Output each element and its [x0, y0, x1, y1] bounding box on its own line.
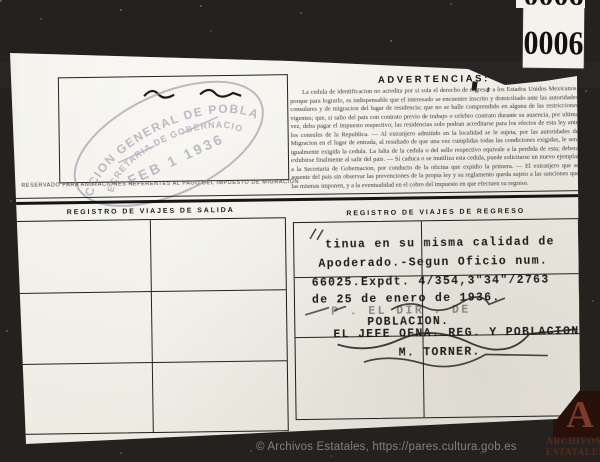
stamp-date: FEB 1 1936	[125, 130, 227, 188]
salida-table-title: REGISTRO DE VIAJES DE SALIDA	[16, 206, 286, 217]
typed-line: M. TORNER.	[399, 345, 481, 359]
scan-noise	[0, 0, 2, 2]
section-rule-thin	[14, 190, 580, 199]
scanned-document-page: A ARCHIVOS ESTATALES DIRECCION GENERAL D…	[0, 0, 600, 462]
section-rule-thick	[14, 194, 580, 205]
advertencias-body: La cedula de identificacion no acredita …	[290, 85, 579, 191]
stamp-arc-bottom: SECRETARIA DE GOBERNACION	[49, 54, 248, 210]
salida-column-divider	[150, 220, 154, 432]
typed-line: 66025.Expdt. 4/354,3"34"/2763	[312, 274, 550, 290]
regreso-row-divider	[295, 273, 579, 278]
ink-blot	[471, 81, 477, 91]
archive-logo-line2: ESTATALES	[546, 448, 600, 459]
page-number-tab: 0006	[523, 5, 585, 69]
page-number: 0006	[523, 25, 584, 64]
regreso-column-divider	[421, 221, 425, 417]
annotation-box-caption: RESERVADO PARA ANOTACIONES REFERENTES AL…	[21, 179, 289, 189]
salida-row-divider	[19, 360, 287, 365]
typed-line-faded: P . EL DIR . DE	[331, 304, 471, 319]
typed-line: tinua en su misma calidad de	[325, 235, 555, 251]
stamp-arc-top: DIRECCION GENERAL DE POBLACION	[49, 49, 266, 207]
regreso-row-divider	[295, 333, 579, 338]
handwritten-squiggles	[290, 221, 592, 375]
typed-line: Apoderado.-Segun Oficio num.	[318, 255, 548, 271]
salida-row-divider	[18, 289, 286, 294]
archive-watermark-text: © Archivos Estatales, https://pares.cult…	[256, 441, 517, 453]
regreso-table-title: REGISTRO DE VIAJES DE REGRESO	[293, 207, 579, 218]
typed-line: de 25 de enero de 1936.	[312, 291, 501, 307]
svg-text:SECRETARIA DE GOBERNACION: SECRETARIA DE GOBERNACION	[49, 54, 248, 210]
svg-text:DIRECCION GENERAL DE POBLACION: DIRECCION GENERAL DE POBLACION	[49, 49, 266, 207]
typed-line: EL JEFE OFNA. REG. Y POBLACION	[333, 325, 579, 341]
annotation-box	[58, 74, 289, 183]
regreso-table	[293, 218, 582, 420]
oval-date-stamp: DIRECCION GENERAL DE POBLACION SECRETARI…	[49, 49, 288, 240]
archive-logo-line1: ARCHIVOS	[546, 437, 600, 448]
pen-squiggle-marks	[138, 81, 258, 109]
typed-line: POBLACION.	[367, 315, 449, 329]
archive-logo-text: ARCHIVOS ESTATALES	[546, 437, 600, 459]
salida-table	[16, 217, 289, 435]
